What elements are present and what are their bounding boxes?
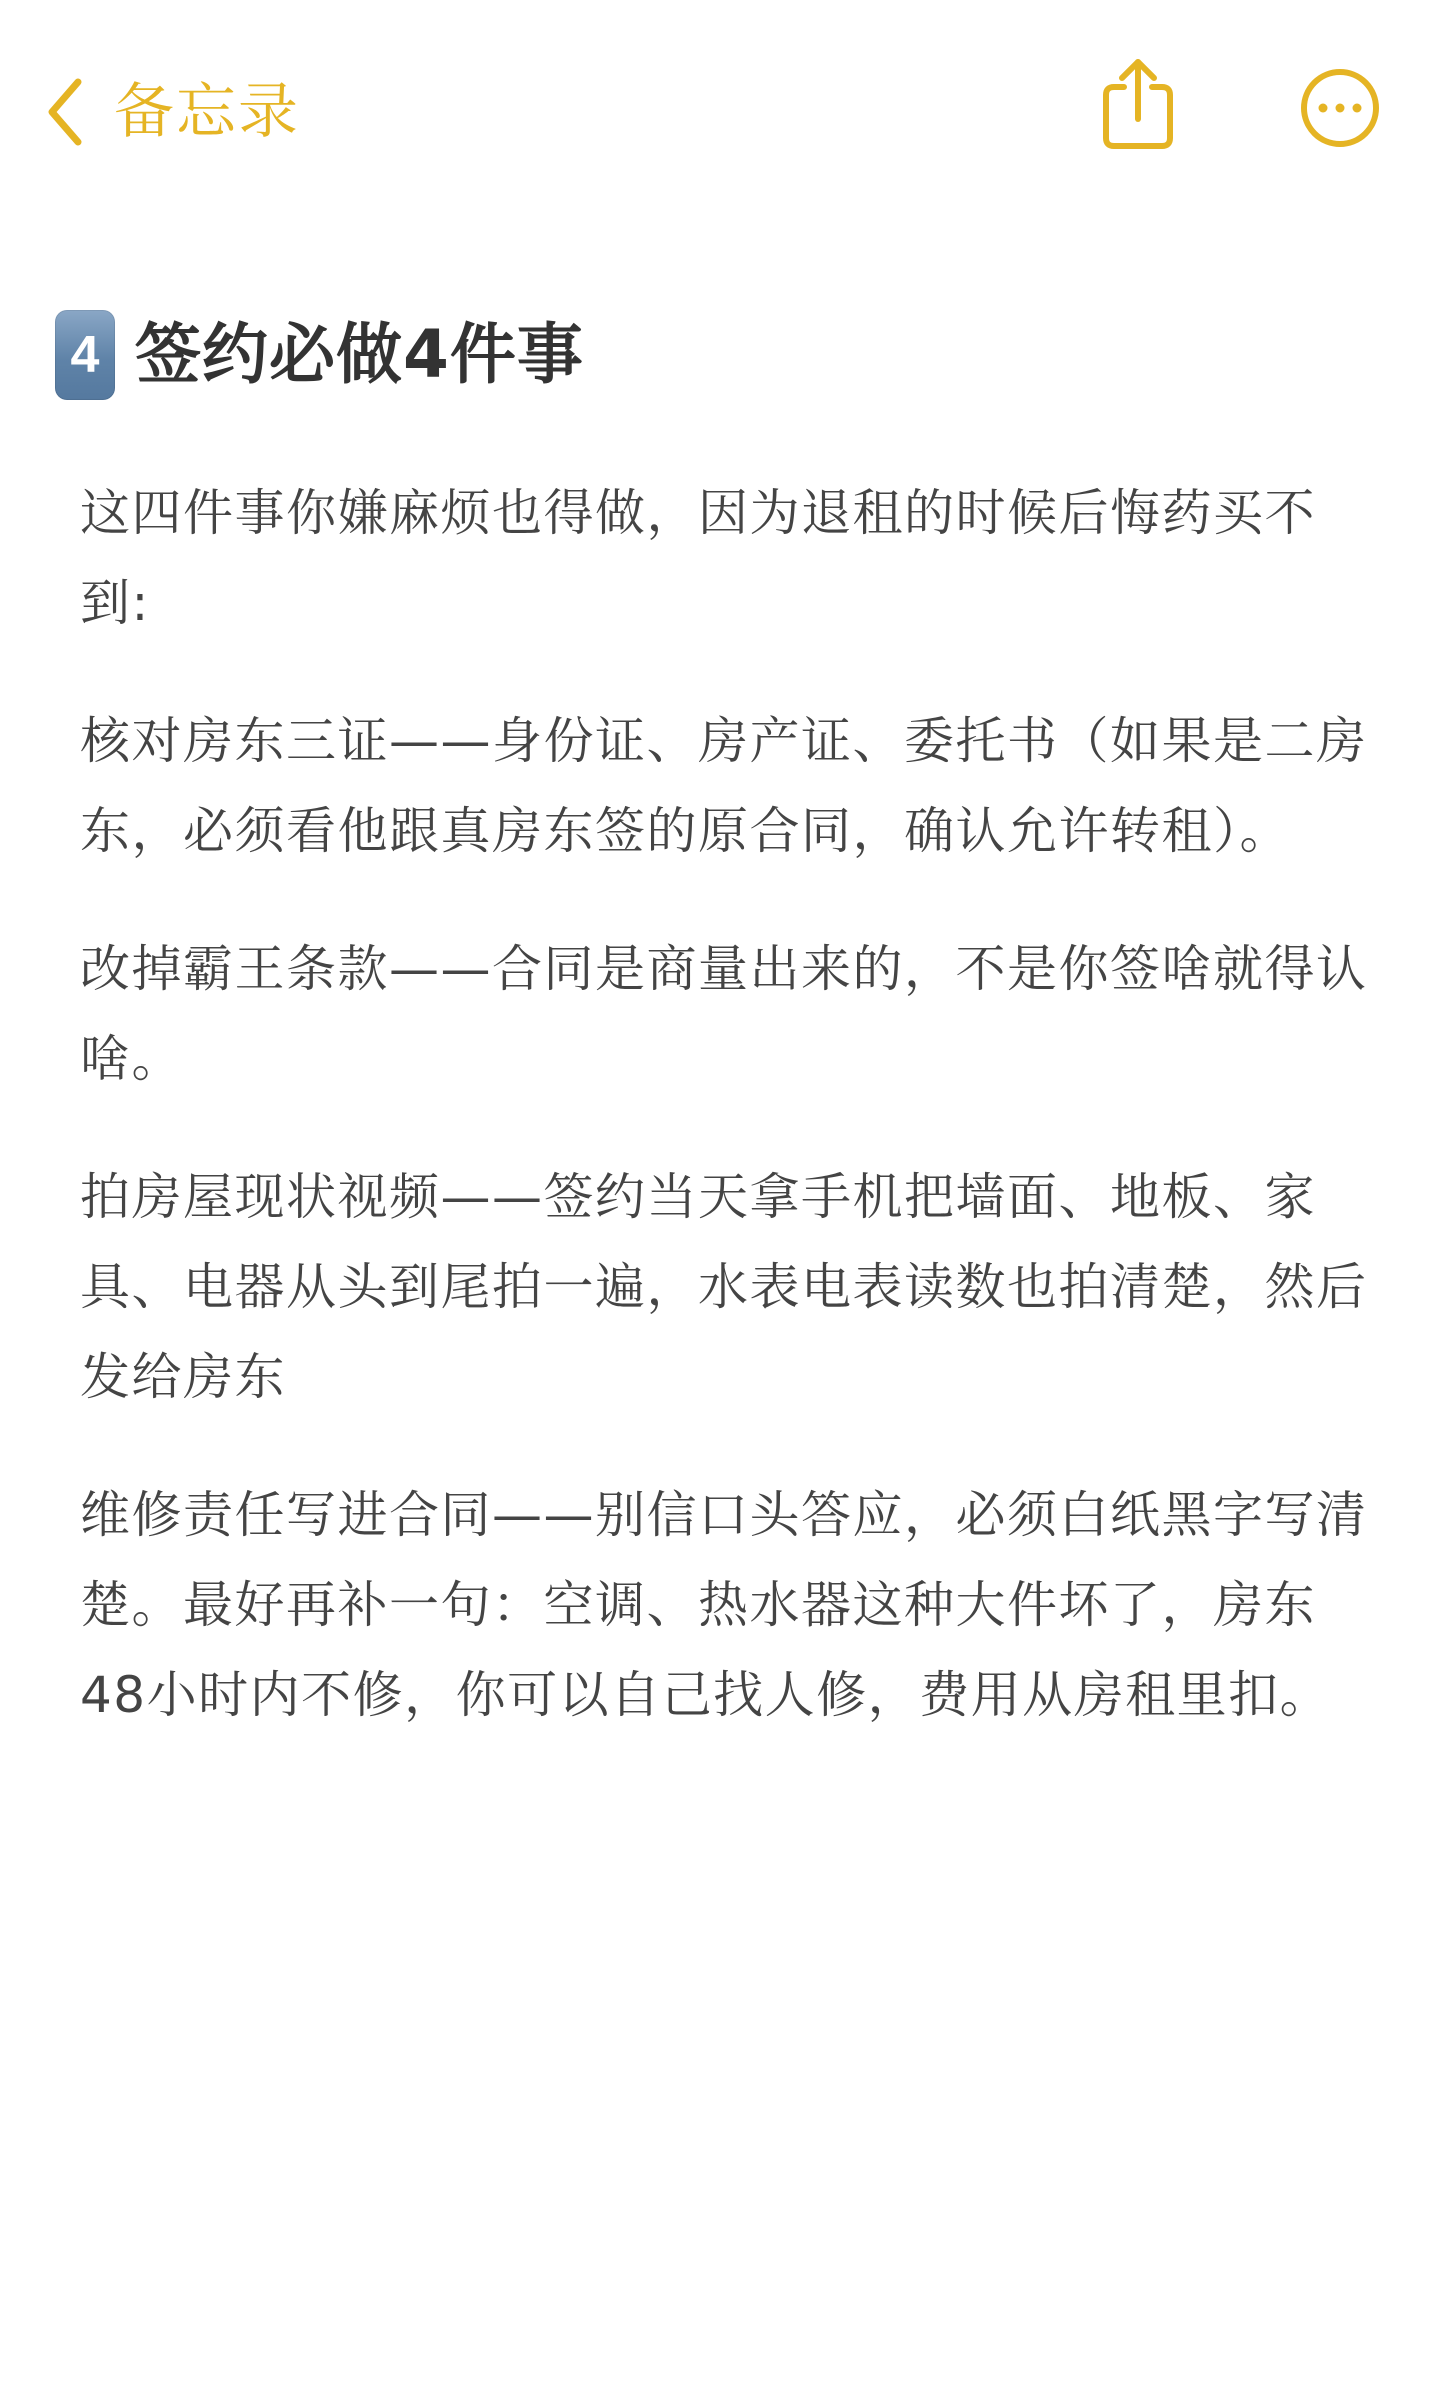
heading-title: 签约必做4件事 [135,322,584,388]
more-options-button[interactable] [1298,66,1382,150]
more-circle-icon [1298,66,1382,150]
note-heading: 4 签约必做4件事 [55,300,1370,410]
chevron-left-icon [44,76,88,148]
keycap-4-icon: 4 [55,310,115,400]
navigation-bar: 备忘录 [0,0,1440,210]
back-label: 备忘录 [114,82,300,142]
paragraph-intro: 这四件事你嫌麻烦也得做，因为退租的时候后悔药买不到: [80,468,1370,648]
share-button[interactable] [1098,54,1178,154]
paragraph-repair-liability: 维修责任写进合同——别信口头答应，必须白纸黑字写清楚。最好再补一句：空调、热水器… [80,1470,1370,1740]
note-body[interactable]: 4 签约必做4件事 这四件事你嫌麻烦也得做，因为退租的时候后悔药买不到: 核对房… [80,300,1370,1740]
back-button[interactable]: 备忘录 [44,62,300,162]
paragraph-verify-landlord: 核对房东三证——身份证、房产证、委托书（如果是二房东，必须看他跟真房东签的原合同… [80,696,1370,876]
paragraph-unfair-terms: 改掉霸王条款——合同是商量出来的，不是你签啥就得认啥。 [80,924,1370,1104]
paragraph-record-video: 拍房屋现状视频——签约当天拿手机把墙面、地板、家具、电器从头到尾拍一遍，水表电表… [80,1152,1370,1422]
share-icon [1098,54,1178,154]
